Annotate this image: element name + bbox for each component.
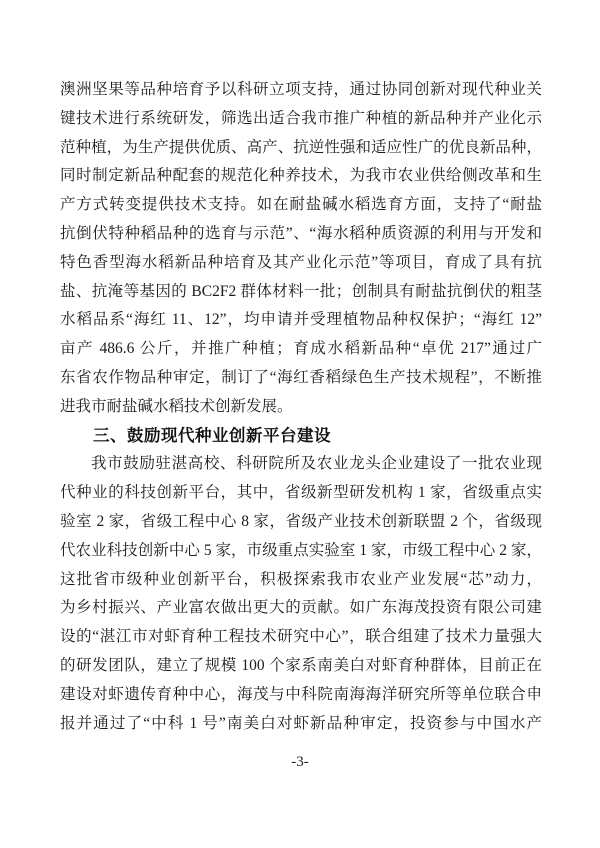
text-line: 代农业科技创新中心 5 家，市级重点实验室 1 家，市级工程中心 2 家， bbox=[60, 537, 542, 566]
text-line: 范种植，为生产提供优质、高产、抗逆性强和适应性广的优良新品种， bbox=[60, 134, 542, 163]
text-line: 这批省市级种业创新平台，积极探索我市农业产业发展“芯”动力， bbox=[60, 566, 542, 595]
text-line: 特色香型海水稻新品种培育及其产业化示范”等项目，育成了具有抗 bbox=[60, 249, 542, 278]
text-line: 亩产 486.6 公斤，并推广种植；育成水稻新品种“卓优 217”通过广 bbox=[60, 335, 542, 364]
text-line: 抗倒伏特种稻品种的选育与示范”、“海水稻种质资源的利用与开发和 bbox=[60, 220, 542, 249]
text-line: 代种业的科技创新平台，其中，省级新型研发机构 1 家，省级重点实 bbox=[60, 479, 542, 508]
text-line: 报并通过了“中科 1 号”南美白对虾新品种审定，投资参与中国水产 bbox=[60, 710, 542, 739]
text-line: 验室 2 家，省级工程中心 8 家，省级产业技术创新联盟 2 个，省级现 bbox=[60, 508, 542, 537]
text-line: 设的“湛江市对虾育种工程技术研究中心”，联合组建了技术力量强大 bbox=[60, 623, 542, 652]
text-line: 我市鼓励驻湛高校、科研院所及农业龙头企业建设了一批农业现 bbox=[60, 450, 542, 479]
text-line: 为乡村振兴、产业富农做出更大的贡献。如广东海茂投资有限公司建 bbox=[60, 594, 542, 623]
text-line: 澳洲坚果等品种培育予以科研立项支持，通过协同创新对现代种业关 bbox=[60, 76, 542, 105]
text-line: 水稻品系“海红 11、12”，均申请并受理植物品种权保护；“海红 12” bbox=[60, 306, 542, 335]
paragraph-1: 澳洲坚果等品种培育予以科研立项支持，通过协同创新对现代种业关键技术进行系统研发，… bbox=[60, 76, 542, 422]
text-line: 的研发团队，建立了规模 100 个家系南美白对虾育种群体，目前正在 bbox=[60, 652, 542, 681]
text-line: 盐、抗淹等基因的 BC2F2 群体材料一批；创制具有耐盐抗倒伏的粗茎 bbox=[60, 278, 542, 307]
text-line: 键技术进行系统研发，筛选出适合我市推广种植的新品种并产业化示 bbox=[60, 105, 542, 134]
section-heading: 三、鼓励现代种业创新平台建设 bbox=[60, 422, 542, 451]
document-page: 澳洲坚果等品种培育予以科研立项支持，通过协同创新对现代种业关键技术进行系统研发，… bbox=[0, 0, 600, 848]
paragraph-2: 我市鼓励驻湛高校、科研院所及农业龙头企业建设了一批农业现代种业的科技创新平台，其… bbox=[60, 450, 542, 738]
text-line: 进我市耐盐碱水稻技术创新发展。 bbox=[60, 393, 542, 422]
text-line: 东省农作物品种审定，制订了“海红香稻绿色生产技术规程”，不断推 bbox=[60, 364, 542, 393]
text-line: 同时制定新品种配套的规范化种养技术，为我市农业供给侧改革和生 bbox=[60, 162, 542, 191]
document-body: 澳洲坚果等品种培育予以科研立项支持，通过协同创新对现代种业关键技术进行系统研发，… bbox=[60, 76, 542, 738]
page-number: -3- bbox=[0, 754, 600, 771]
text-line: 产方式转变提供技术支持。如在耐盐碱水稻选育方面，支持了“耐盐 bbox=[60, 191, 542, 220]
text-line: 建设对虾遗传育种中心，海茂与中科院南海海洋研究所等单位联合申 bbox=[60, 681, 542, 710]
